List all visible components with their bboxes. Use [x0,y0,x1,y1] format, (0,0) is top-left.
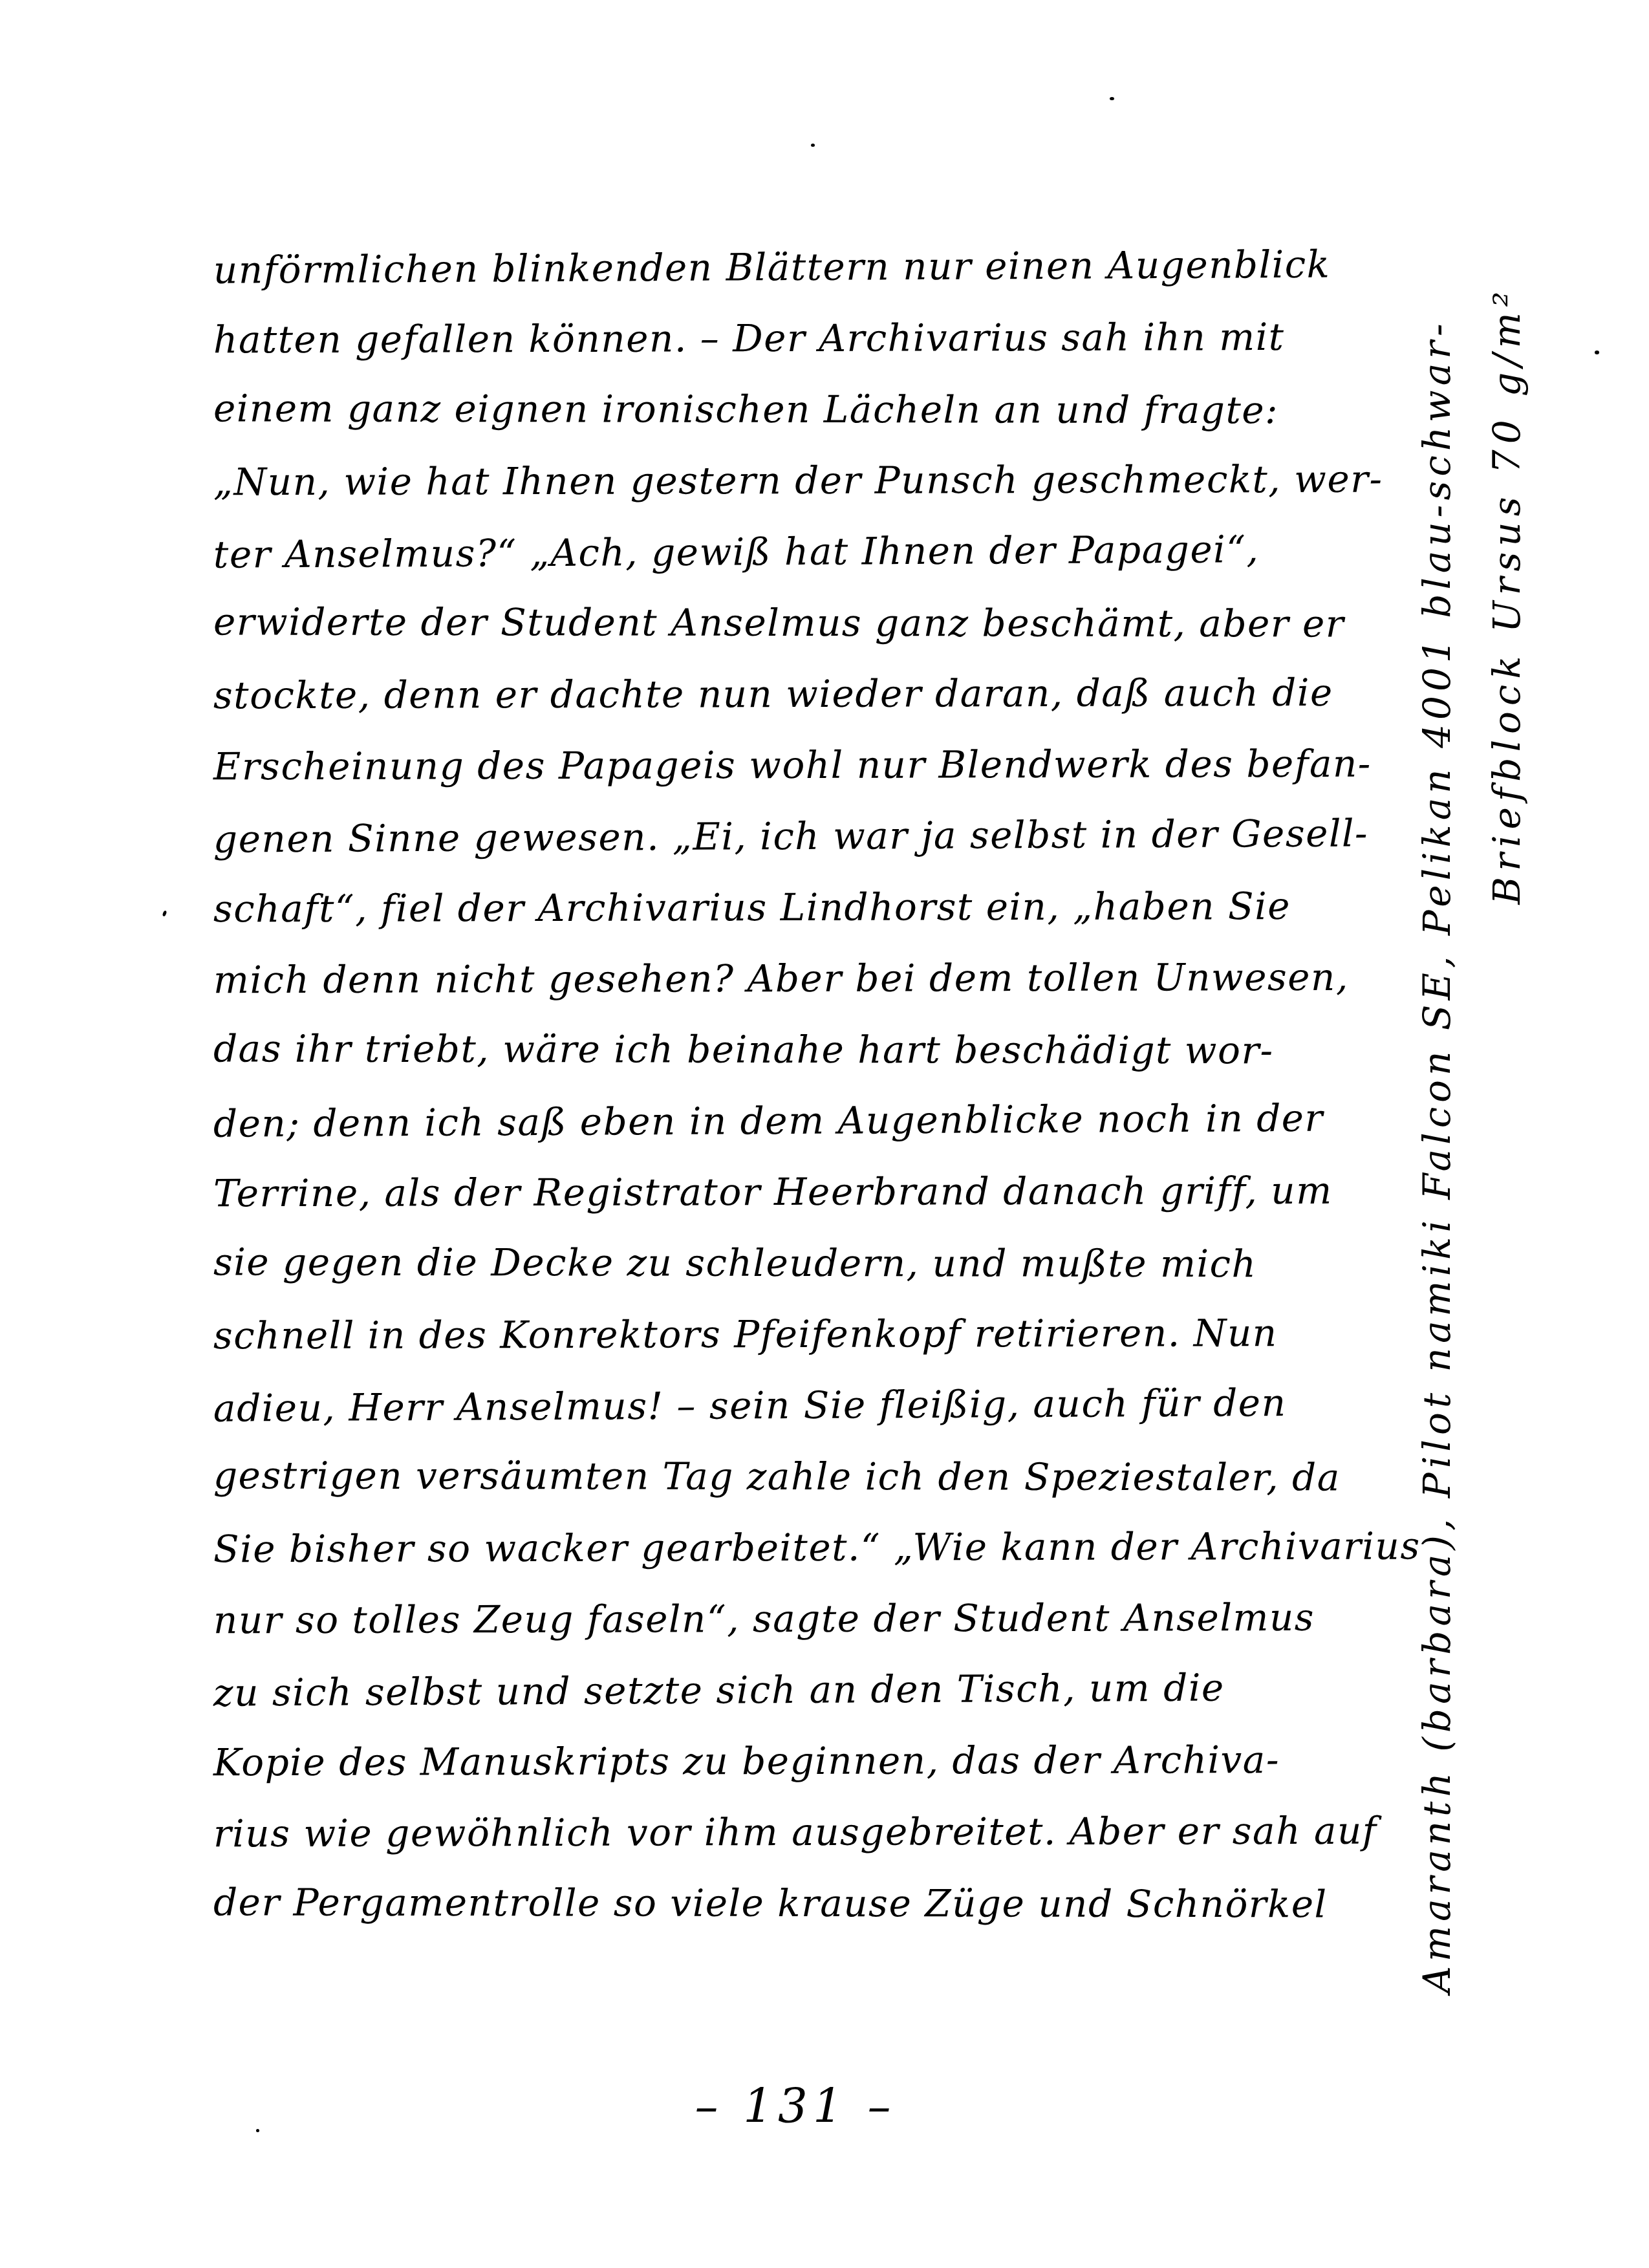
margin-annotation-line-1: Amaranth (barbara), Pilot namiki Falcon … [1402,286,1472,1993]
manuscript-line: ter Anselmus?“ „Ach, gewiß hat Ihnen der… [213,513,1372,590]
manuscript-line: nur so tolles Zeug faseln“, sagte der St… [213,1582,1371,1656]
manuscript-line: das ihr triebt, wäre ich beinahe hart be… [213,1013,1371,1086]
manuscript-line: unförmlichen blinkenden Blättern nur ein… [213,228,1372,305]
manuscript-line: Terrine, als der Registrator Heerbrand d… [213,1155,1371,1229]
scan-speck [162,910,167,916]
manuscript-line: einem ganz eignen ironischen Lächeln an … [213,373,1371,446]
manuscript-line: Sie bisher so wacker gearbeitet.“ „Wie k… [213,1511,1371,1585]
manuscript-line: mich denn nicht gesehen? Aber bei dem to… [213,942,1371,1016]
manuscript-line: den; denn ich saß eben in dem Augenblick… [213,1082,1372,1159]
manuscript-line: schnell in des Konrektors Pfeifenkopf re… [213,1297,1371,1372]
manuscript-line: stockte, denn er dachte nun wieder daran… [213,657,1371,731]
page-number: – 131 – [660,2079,931,2133]
manuscript-line: sie gegen die Decke zu schleudern, und m… [213,1226,1371,1299]
scan-speck [1110,97,1114,100]
manuscript-page: unförmlichen blinkenden Blättern nur ein… [0,0,1649,2268]
manuscript-line: hatten gefallen können. – Der Archivariu… [213,301,1371,376]
scan-speck [256,2129,259,2132]
manuscript-line: adieu, Herr Anselmus! – sein Sie fleißig… [213,1366,1372,1443]
manuscript-line: Erscheinung des Papageis wohl nur Blendw… [213,728,1371,803]
manuscript-line: rius wie gewöhnlich vor ihm ausgebreitet… [213,1795,1371,1870]
margin-annotation-line-2: Briefblock Ursus 70 g/m² [1472,286,1542,1993]
manuscript-line: der Pergamentrolle so viele krause Züge … [213,1866,1371,1939]
manuscript-line: gestrigen versäumten Tag zahle ich den S… [213,1440,1371,1513]
scan-speck [1595,351,1599,354]
manuscript-line: zu sich selbst und setzte sich an den Ti… [213,1651,1372,1728]
manuscript-line: Kopie des Manuskripts zu beginnen, das d… [213,1724,1371,1798]
scan-speck [811,144,815,147]
manuscript-line: schaft“, fiel der Archivarius Lindhorst … [213,870,1371,945]
manuscript-line: „Nun, wie hat Ihnen gestern der Punsch g… [213,444,1371,518]
margin-annotation: Amaranth (barbara), Pilot namiki Falcon … [1402,286,1542,1993]
manuscript-line: genen Sinne gewesen. „Ei, ich war ja sel… [213,797,1372,874]
manuscript-line: erwiderte der Student Anselmus ganz besc… [213,586,1371,659]
manuscript-text-block: unförmlichen blinkenden Blättern nur ein… [213,232,1371,1939]
